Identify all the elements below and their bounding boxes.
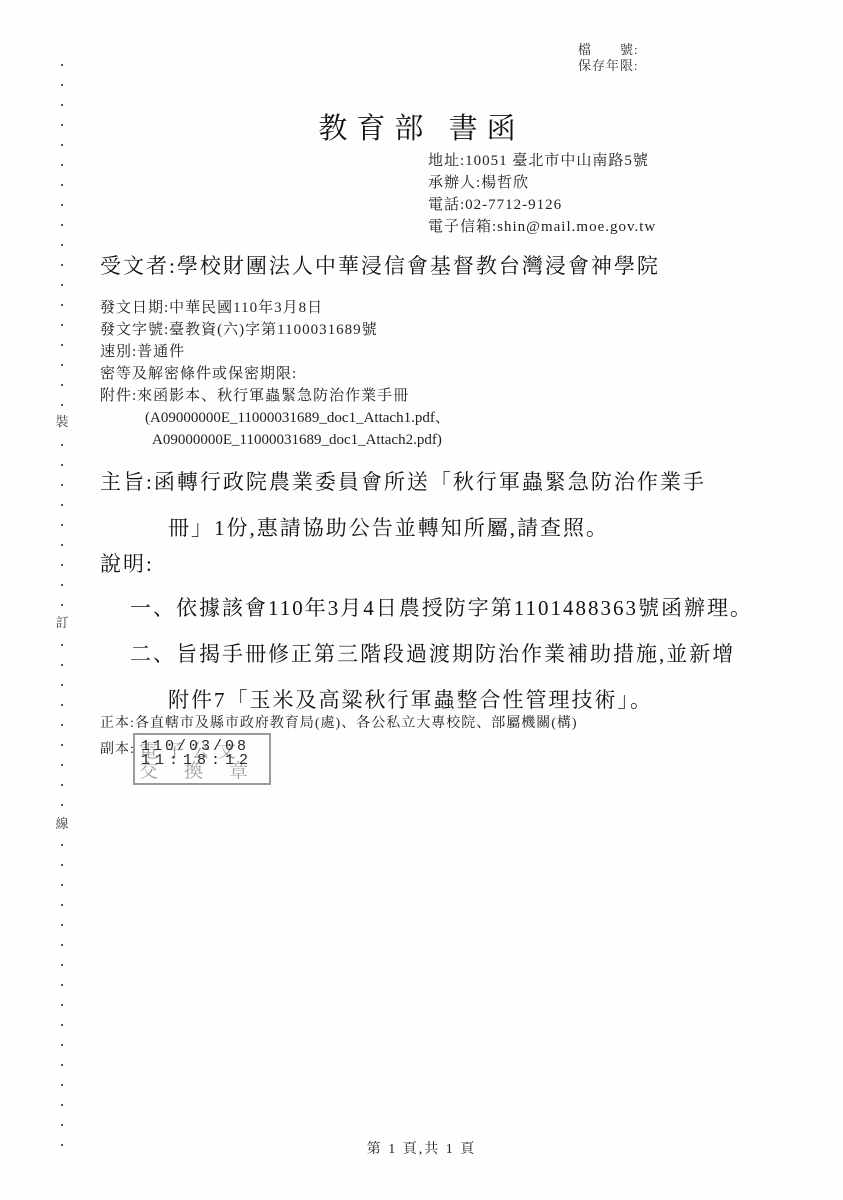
electronic-exchange-stamp: 電子公文 交換章 110/03/08 11:18:12 — [133, 733, 271, 785]
attachment-file-2: A09000000E_11000031689_doc1_Attach2.pdf) — [100, 429, 450, 451]
contact-person-line: 承辦人:楊哲欣 — [428, 172, 656, 194]
retention-label: 保存年限: — [578, 58, 639, 74]
subject-line-2: 冊」1份,惠請協助公告並轉知所屬,請查照。 — [168, 512, 609, 542]
security-line: 密等及解密條件或保密期限: — [100, 363, 450, 385]
contact-block: 地址:10051 臺北市中山南路5號 承辦人:楊哲欣 電話:02-7712-91… — [428, 150, 656, 238]
recipient-line: 受文者:學校財團法人中華浸信會基督教台灣浸會神學院 — [100, 250, 660, 280]
description-item-2-line-2: 附件7「玉米及高粱秋行軍蟲整合性管理技術」。 — [168, 684, 653, 714]
subject-line-1: 主旨:函轉行政院農業委員會所送「秋行軍蟲緊急防治作業手 — [100, 466, 706, 496]
speed-line: 速別:普通件 — [100, 341, 450, 363]
scanned-official-letter: { "doc": { "file_labels": { "file_no": "… — [0, 0, 843, 1200]
email-line: 電子信箱:shin@mail.moe.gov.tw — [428, 216, 656, 238]
binding-mark-zhuang: 裝 — [53, 409, 71, 432]
address-line: 地址:10051 臺北市中山南路5號 — [428, 150, 656, 172]
binding-mark-ding: 訂 — [53, 610, 71, 633]
attachment-file-1: (A09000000E_11000031689_doc1_Attach1.pdf… — [100, 407, 450, 429]
issue-date-line: 發文日期:中華民國110年3月8日 — [100, 297, 450, 319]
stamp-time: 11:18:12 — [141, 752, 253, 769]
carbon-copy-label: 副本: — [100, 738, 135, 758]
file-label-block: 檔 號: 保存年限: — [578, 42, 639, 74]
description-item-1: 一、依據該會110年3月4日農授防字第1101488363號函辦理。 — [130, 592, 753, 622]
description-item-2-line-1: 二、旨揭手冊修正第三階段過渡期防治作業補助措施,並新增 — [130, 638, 735, 668]
attachment-line: 附件:來函影本、秋行軍蟲緊急防治作業手冊 — [100, 385, 450, 407]
doc-number-line: 發文字號:臺教資(六)字第1100031689號 — [100, 319, 450, 341]
meta-block: 發文日期:中華民國110年3月8日 發文字號:臺教資(六)字第110003168… — [100, 297, 450, 451]
phone-line: 電話:02-7712-9126 — [428, 194, 656, 216]
page-title: 教育部 書函 — [0, 106, 843, 147]
binding-mark-xian: 線 — [53, 811, 71, 834]
description-heading: 說明: — [100, 548, 154, 578]
original-copy-line: 正本:各直轄市及縣市政府教育局(處)、各公私立大專校院、部屬機關(構) — [100, 712, 578, 732]
binding-dotted-line — [61, 64, 63, 1150]
file-number-label: 檔 號: — [578, 42, 639, 58]
page-footer: 第 1 頁,共 1 頁 — [0, 1138, 843, 1158]
